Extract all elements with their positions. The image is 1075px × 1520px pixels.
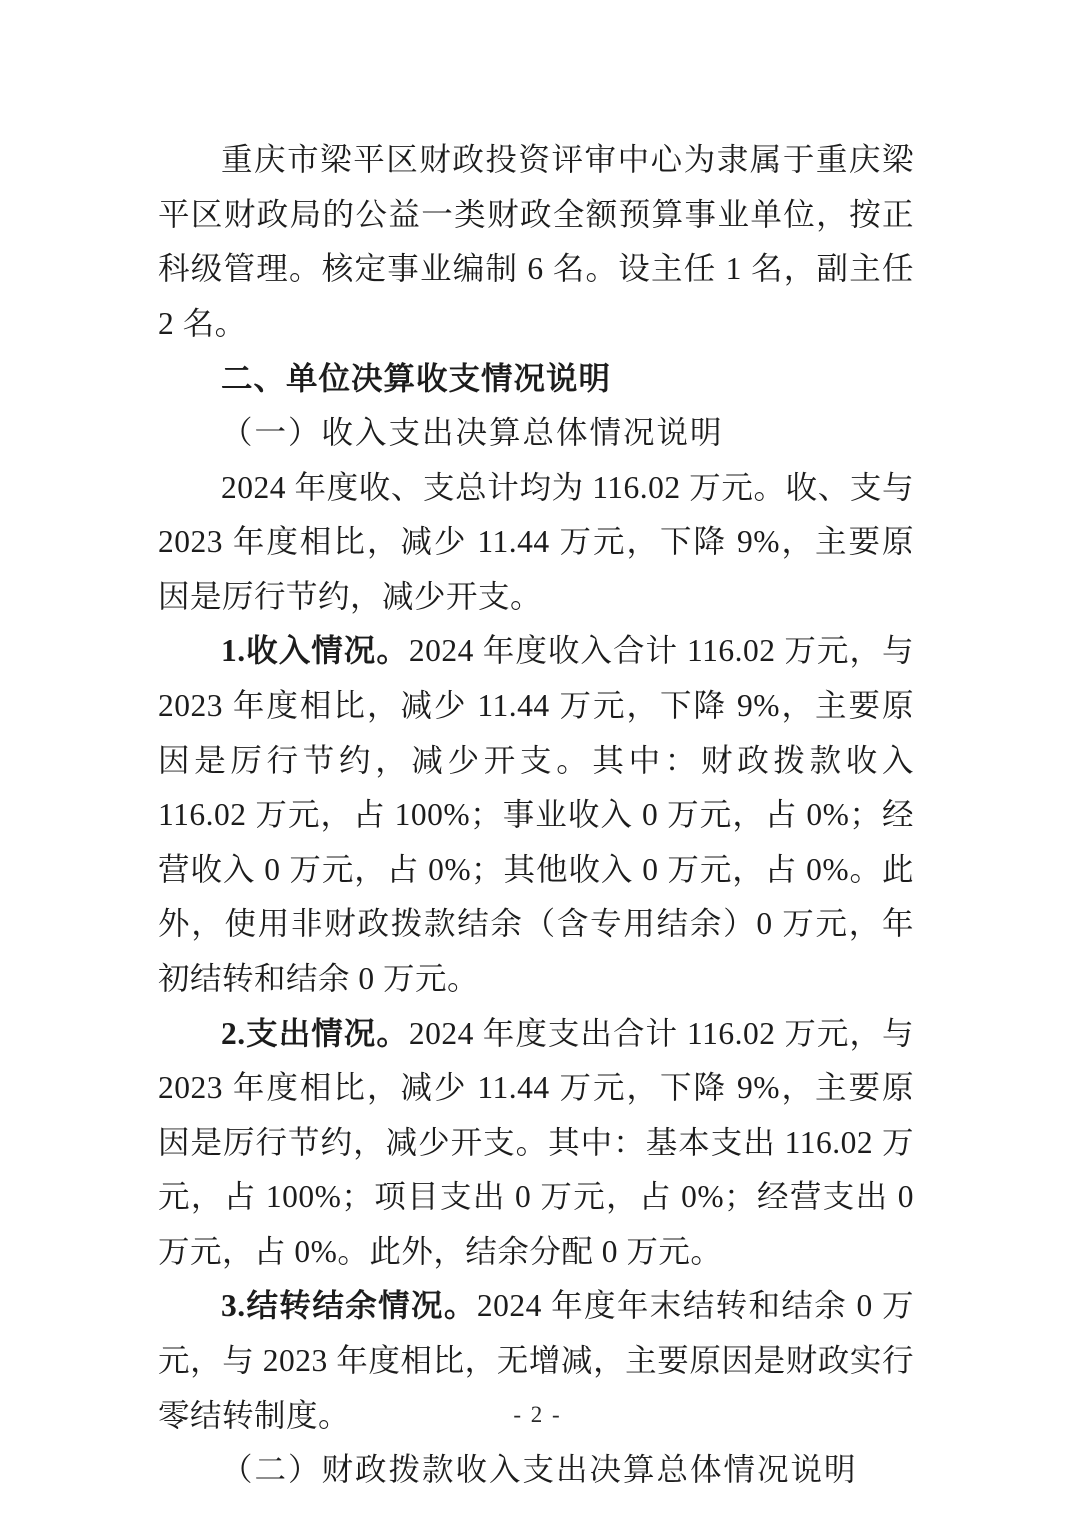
income-paragraph-text: 2024 年度收入合计 116.02 万元，与 2023 年度相比，减少 11.… xyxy=(158,633,914,996)
expense-paragraph-lead: 2.支出情况。 xyxy=(221,1016,409,1051)
section-heading-2: 二、单位决算收支情况说明 xyxy=(158,351,914,406)
income-paragraph: 1.收入情况。2024 年度收入合计 116.02 万元，与 2023 年度相比… xyxy=(158,624,914,1006)
overview-paragraph: 2024 年度收、支总计均为 116.02 万元。收、支与 2023 年度相比，… xyxy=(158,461,914,625)
expense-paragraph: 2.支出情况。2024 年度支出合计 116.02 万元，与 2023 年度相比… xyxy=(158,1007,914,1280)
subsection-heading-1: （一）收入支出决算总体情况说明 xyxy=(158,406,914,461)
page-number: - 2 - xyxy=(0,1402,1075,1428)
intro-paragraph: 重庆市梁平区财政投资评审中心为隶属于重庆梁平区财政局的公益一类财政全额预算事业单… xyxy=(158,133,914,351)
income-paragraph-lead: 1.收入情况。 xyxy=(221,633,409,668)
expense-paragraph-text: 2024 年度支出合计 116.02 万元，与 2023 年度相比，减少 11.… xyxy=(158,1016,914,1269)
document-body: 重庆市梁平区财政投资评审中心为隶属于重庆梁平区财政局的公益一类财政全额预算事业单… xyxy=(158,133,914,1498)
document-page: 重庆市梁平区财政投资评审中心为隶属于重庆梁平区财政局的公益一类财政全额预算事业单… xyxy=(0,0,1075,1520)
subsection-heading-2: （二）财政拨款收入支出决算总体情况说明 xyxy=(158,1443,914,1498)
carryover-paragraph-lead: 3.结转结余情况。 xyxy=(221,1288,477,1323)
